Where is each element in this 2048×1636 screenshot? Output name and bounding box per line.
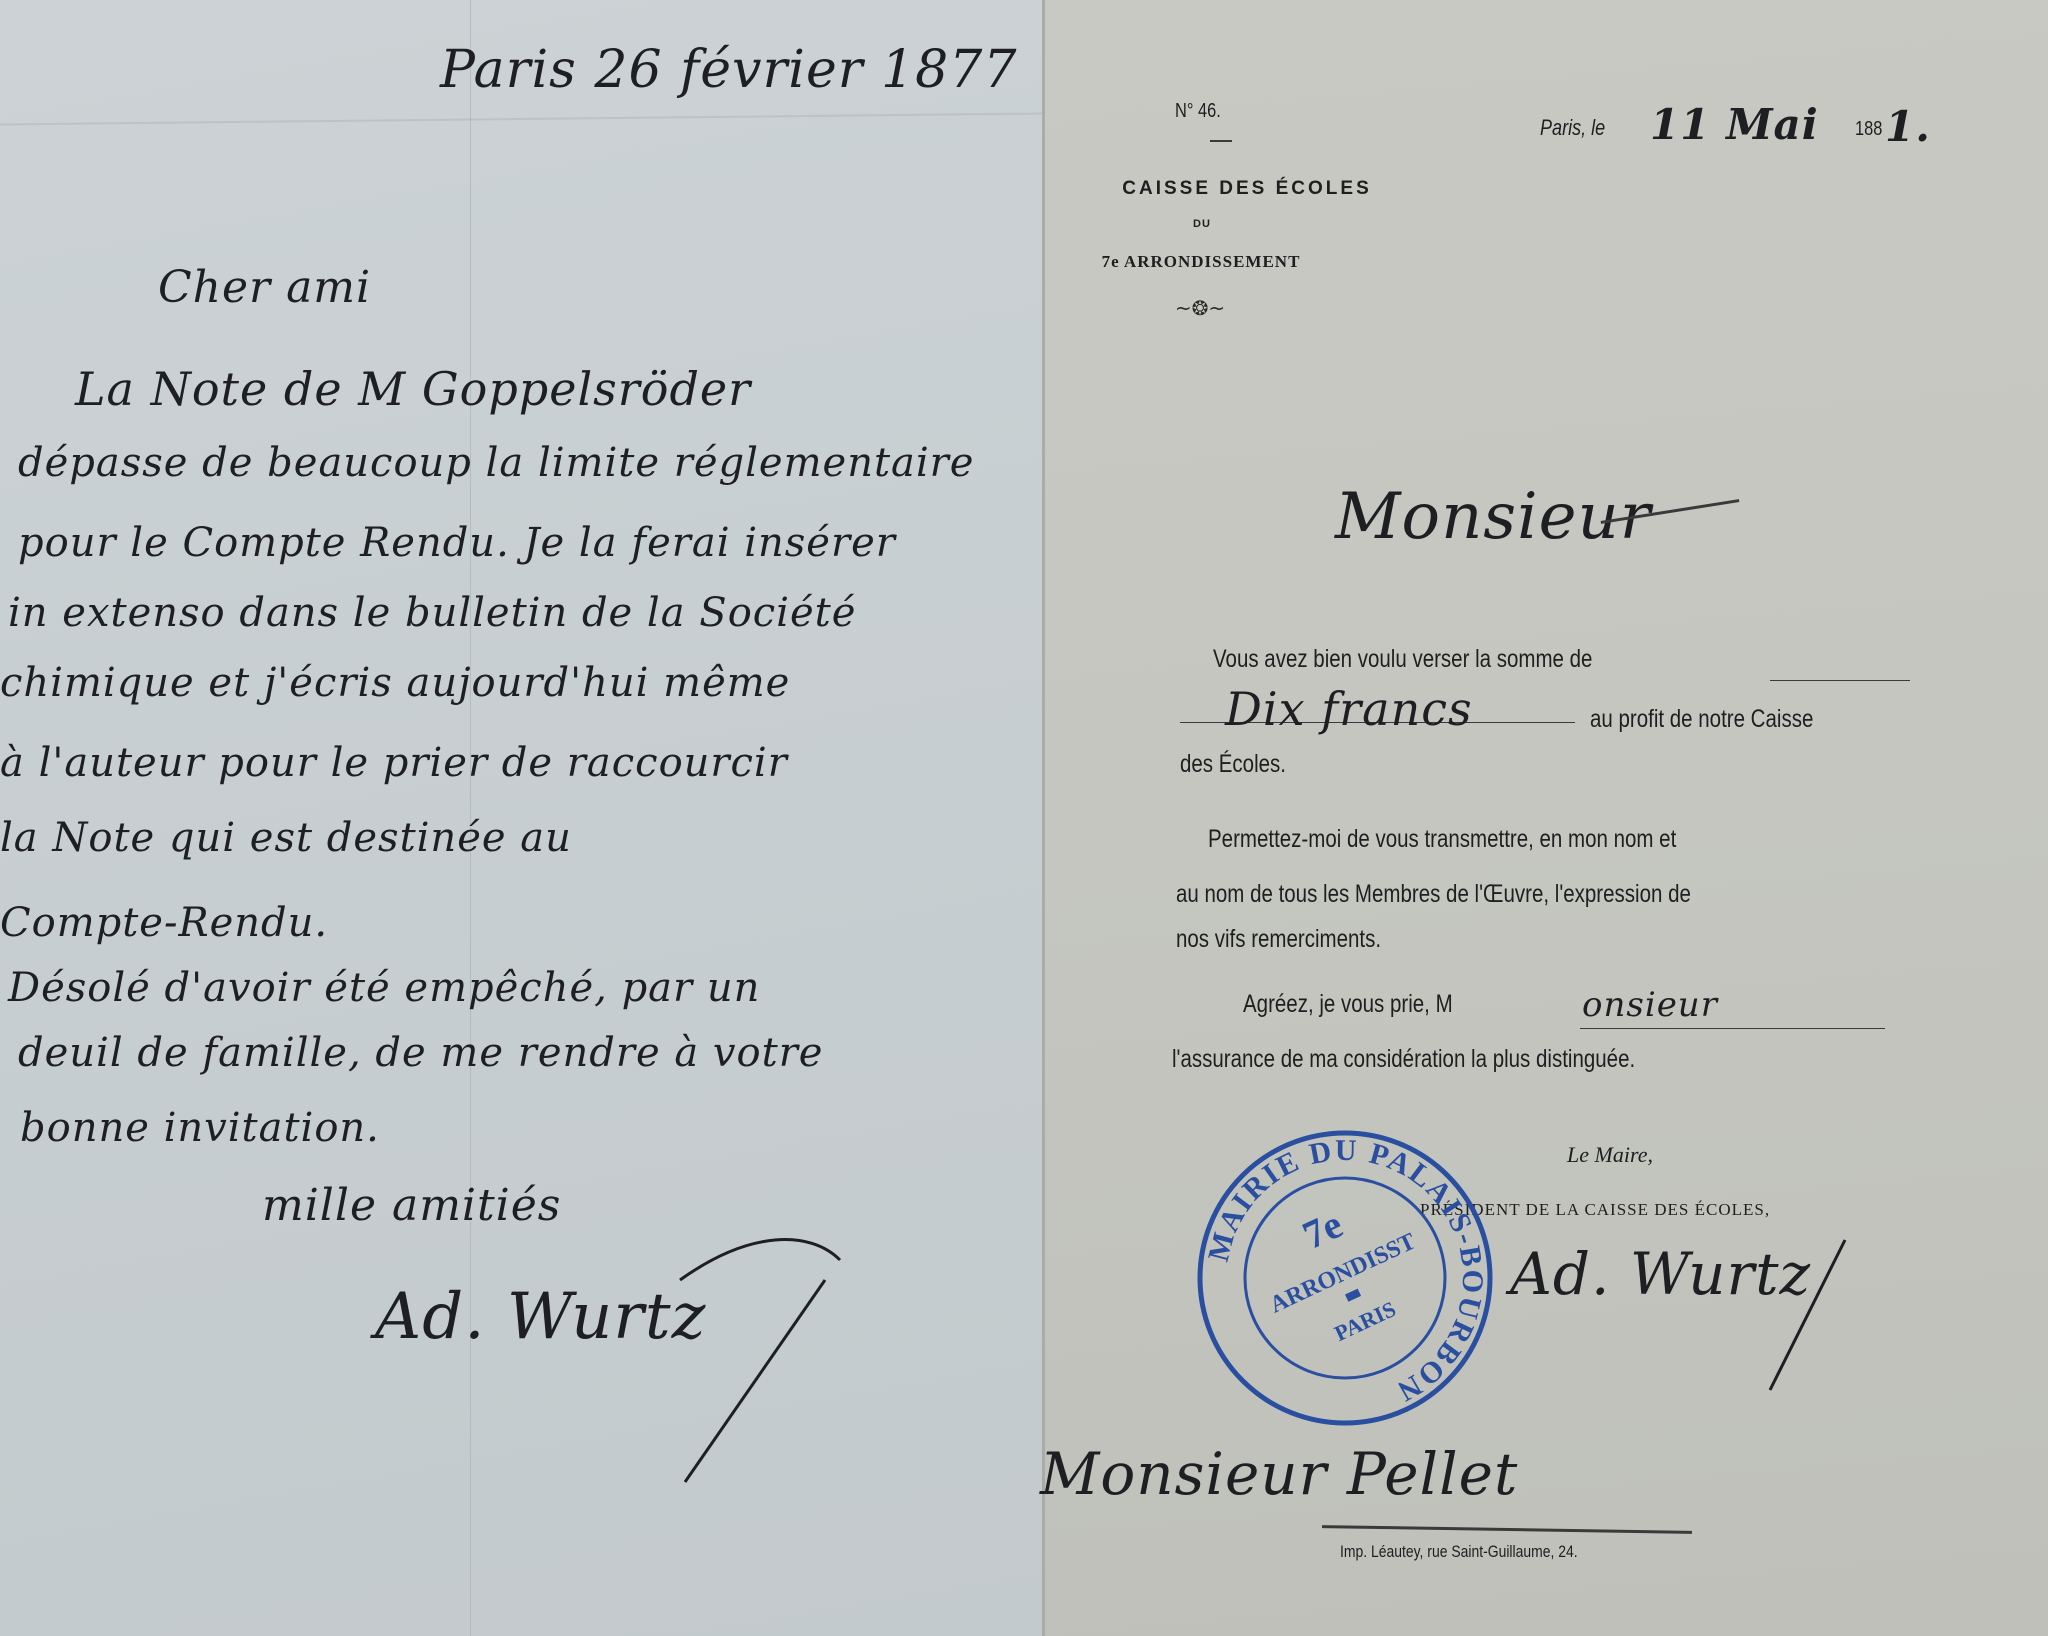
paragraph1-c: des Écoles. bbox=[1180, 750, 1286, 779]
paragraph2-line-3: nos vifs remerciments. bbox=[1176, 925, 1381, 954]
letter-line-5: chimique et j'écris aujourd'hui même bbox=[0, 660, 790, 706]
number-underline bbox=[1210, 140, 1232, 142]
letter-salutation: Cher ami bbox=[158, 262, 371, 313]
paragraph3-a: Agréez, je vous prie, M bbox=[1243, 990, 1453, 1019]
letter-line-2: dépasse de beaucoup la limite réglementa… bbox=[18, 440, 974, 486]
signature-flourish bbox=[640, 1220, 860, 1490]
institution-line-1: CAISSE DES ÉCOLES bbox=[1122, 178, 1372, 200]
letter-line-6: à l'auteur pour le prier de raccourcir bbox=[0, 740, 788, 786]
addressee-handwritten: Monsieur Pellet bbox=[1040, 1440, 1518, 1508]
letter-date: Paris 26 février 1877 bbox=[440, 40, 1017, 100]
paragraph2-line-2: au nom de tous les Membres de l'Œuvre, l… bbox=[1176, 880, 1691, 909]
year-printed: 188 bbox=[1855, 118, 1882, 141]
paragraph1-b: au profit de notre Caisse bbox=[1590, 705, 1813, 734]
letter-line-8: Compte-Rendu. bbox=[0, 900, 328, 946]
paragraph2-line-1: Permettez-moi de vous transmettre, en mo… bbox=[1208, 825, 1676, 854]
salutation-handwritten: Monsieur bbox=[1335, 480, 1651, 554]
amount-handwritten: Dix francs bbox=[1225, 682, 1473, 736]
date-prefix: Paris, le bbox=[1540, 115, 1605, 141]
paragraph3-b: l'assurance de ma considération la plus … bbox=[1172, 1045, 1635, 1074]
institution-line-3: 7e ARRONDISSEMENT bbox=[1102, 252, 1301, 272]
date-handwritten: 11 Mai bbox=[1650, 100, 1819, 149]
stamp-center-3: PARIS bbox=[1331, 1296, 1400, 1346]
paper-fold-line-horizontal bbox=[0, 113, 1042, 126]
paragraph1-a: Vous avez bien voulu verser la somme de bbox=[1213, 645, 1592, 674]
form-signature-flourish bbox=[1750, 1230, 1860, 1400]
stamp-center-1: 7e bbox=[1296, 1201, 1349, 1258]
ornament-icon: ~❂~ bbox=[1175, 296, 1225, 320]
letter-line-1: La Note de M Goppelsröder bbox=[75, 362, 751, 416]
letter-line-9: Désolé d'avoir été empêché, par un bbox=[8, 965, 760, 1011]
letter-line-3: pour le Compte Rendu. Je la ferai insére… bbox=[18, 520, 896, 566]
mairie-stamp: MAIRIE DU PALAIS-BOURBON 7e ARRONDISST P… bbox=[1195, 1128, 1495, 1428]
year-handwritten: 1. bbox=[1885, 102, 1931, 151]
institution-line-2: DU bbox=[1193, 218, 1211, 230]
form-number: N° 46. bbox=[1175, 100, 1221, 123]
signatory-title-1: Le Maire, bbox=[1567, 1142, 1653, 1168]
handwritten-letter-page: Paris 26 février 1877 Cher ami La Note d… bbox=[0, 0, 1042, 1636]
paragraph3-handwritten: onsieur bbox=[1582, 985, 1718, 1025]
amount-blank-line bbox=[1770, 680, 1910, 681]
printed-receipt-page bbox=[1042, 0, 2048, 1636]
honorific-line bbox=[1580, 1028, 1885, 1029]
letter-line-10: deuil de famille, de me rendre à votre bbox=[18, 1030, 823, 1076]
printer-imprint: Imp. Léautey, rue Saint-Guillaume, 24. bbox=[1340, 1542, 1578, 1562]
letter-closing: mille amitiés bbox=[262, 1180, 561, 1231]
letter-line-7: la Note qui est destinée au bbox=[0, 815, 572, 861]
letter-line-4: in extenso dans le bulletin de la Sociét… bbox=[8, 590, 856, 636]
letter-line-11: bonne invitation. bbox=[20, 1105, 380, 1151]
